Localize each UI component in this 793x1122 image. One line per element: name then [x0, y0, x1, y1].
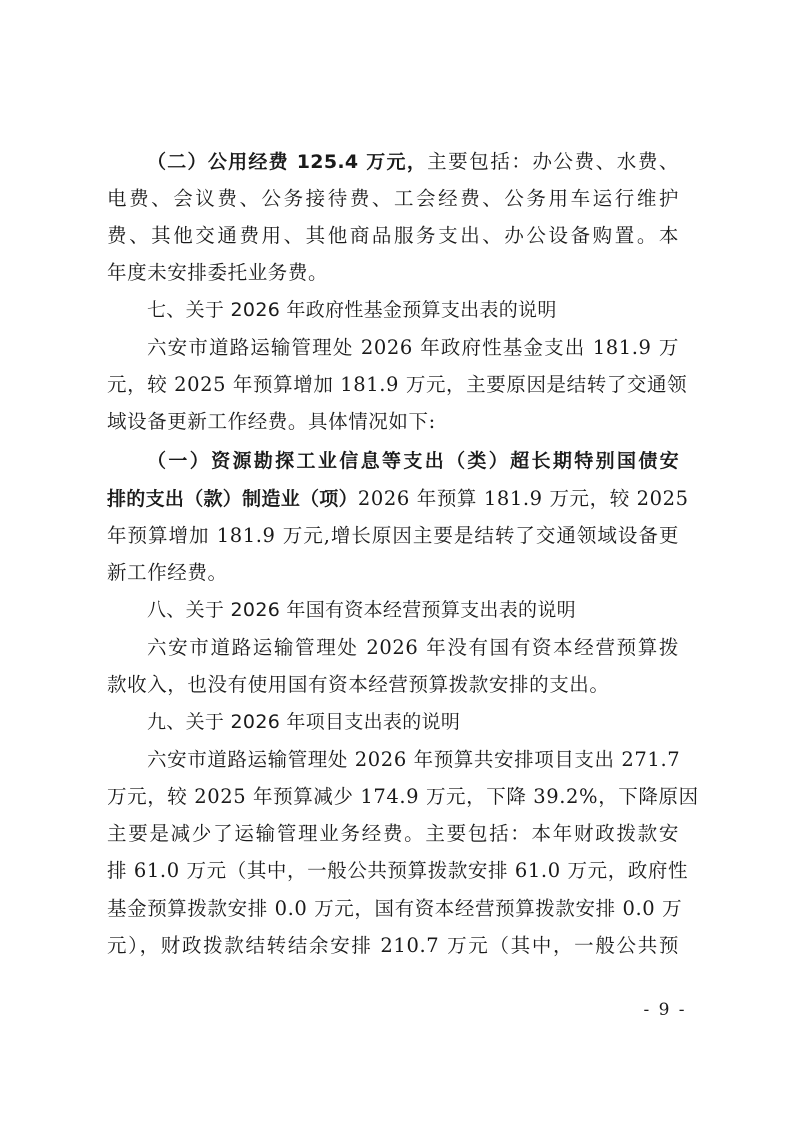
paragraph-line: 款收入，也没有使用国有资本经营预算拨款安排的支出。 — [107, 666, 679, 703]
paragraph-line: 年度未安排委托业务费。 — [107, 254, 679, 291]
document-page: （二）公用经费 125.4 万元，主要包括：办公费、水费、 电费、会议费、公务接… — [0, 0, 793, 1122]
paragraph-public-expenses-line-1: （二）公用经费 125.4 万元，主要包括：办公费、水费、 — [147, 143, 679, 180]
paragraph-line: 元），财政拨款结转结余安排 210.7 万元（其中，一般公共预 — [107, 927, 679, 964]
section-heading-7: 七、关于 2026 年政府性基金预算支出表的说明 — [147, 292, 679, 329]
paragraph-line: 基金预算拨款安排 0.0 万元，国有资本经营预算拨款安排 0.0 万 — [107, 890, 679, 927]
paragraph-line: 新工作经费。 — [107, 554, 679, 591]
paragraph-line: 电费、会议费、公务接待费、工会经费、公务用车运行维护 — [107, 180, 679, 217]
bold-lead: 排的支出（款）制造业（项） — [107, 488, 358, 510]
page-number: - 9 - — [640, 998, 690, 1022]
paragraph-line: 元，较 2025 年预算增加 181.9 万元，主要原因是结转了交通领 — [107, 366, 679, 403]
paragraph-line: 万元，较 2025 年预算减少 174.9 万元，下降 39.2%，下降原因 — [107, 778, 679, 815]
paragraph-line: 排的支出（款）制造业（项）2026 年预算 181.9 万元，较 2025 — [107, 480, 679, 517]
paragraph-line: 费、其他交通费用、其他商品服务支出、办公设备购置。本 — [107, 217, 679, 254]
section-heading-8: 八、关于 2026 年国有资本经营预算支出表的说明 — [147, 592, 679, 629]
paragraph-line: 六安市道路运输管理处 2026 年没有国有资本经营预算拨 — [147, 629, 679, 666]
paragraph-line: 排 61.0 万元（其中，一般公共预算拨款安排 61.0 万元，政府性 — [107, 852, 679, 889]
paragraph-line: 年预算增加 181.9 万元,增长原因主要是结转了交通领域设备更 — [107, 517, 679, 554]
paragraph-line: 六安市道路运输管理处 2026 年预算共安排项目支出 271.7 — [147, 741, 679, 778]
bold-lead: （二）公用经费 125.4 万元， — [147, 151, 427, 173]
paragraph-line: 六安市道路运输管理处 2026 年政府性基金支出 181.9 万 — [147, 329, 679, 366]
subsection-heading-1: （一）资源勘探工业信息等支出（类）超长期特别国债安 — [147, 443, 679, 480]
paragraph-line: 域设备更新工作经费。具体情况如下: — [107, 403, 679, 440]
paragraph-line: 主要是减少了运输管理业务经费。主要包括：本年财政拨款安 — [107, 815, 679, 852]
section-heading-9: 九、关于 2026 年项目支出表的说明 — [147, 704, 679, 741]
